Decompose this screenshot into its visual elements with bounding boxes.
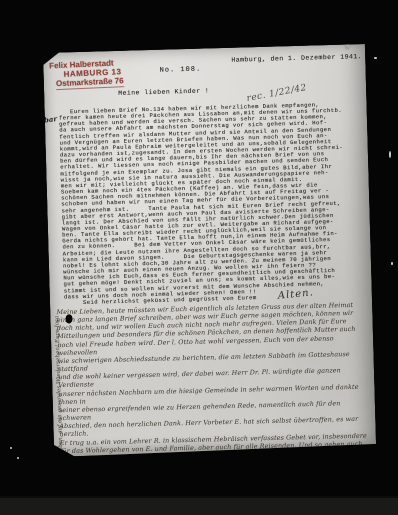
handwritten-postscript: Meine Lieben, heute müssten wir Euch eig… <box>57 301 372 515</box>
dust-speck <box>391 262 393 265</box>
background-band <box>0 496 398 515</box>
dust-speck <box>389 151 391 158</box>
dateline: Hamburg, den 1. Dezember 1941. <box>231 53 362 64</box>
margin-note-bar: bar <box>43 114 57 125</box>
sender-stamp: Felix Halberstadt HAMBURG 13 Ostmarkstra… <box>49 58 124 90</box>
salutation: Meine lieben Kinder ! <box>118 87 209 97</box>
photo-background: Felix Halberstadt HAMBURG 13 Ostmarkstra… <box>0 0 398 515</box>
archive-corner-number: 431 <box>342 37 356 53</box>
letter-number: No. 108. <box>159 66 201 75</box>
dust-speck <box>10 447 12 449</box>
typed-letter-body: Euren lieben Brief No.134 haben wir mit … <box>59 101 362 306</box>
dust-speck <box>374 57 377 59</box>
letter-page: Felix Halberstadt HAMBURG 13 Ostmarkstra… <box>43 44 376 457</box>
stamp-street: Ostmarkstraße 76 <box>56 76 124 90</box>
dust-speck <box>17 457 19 459</box>
